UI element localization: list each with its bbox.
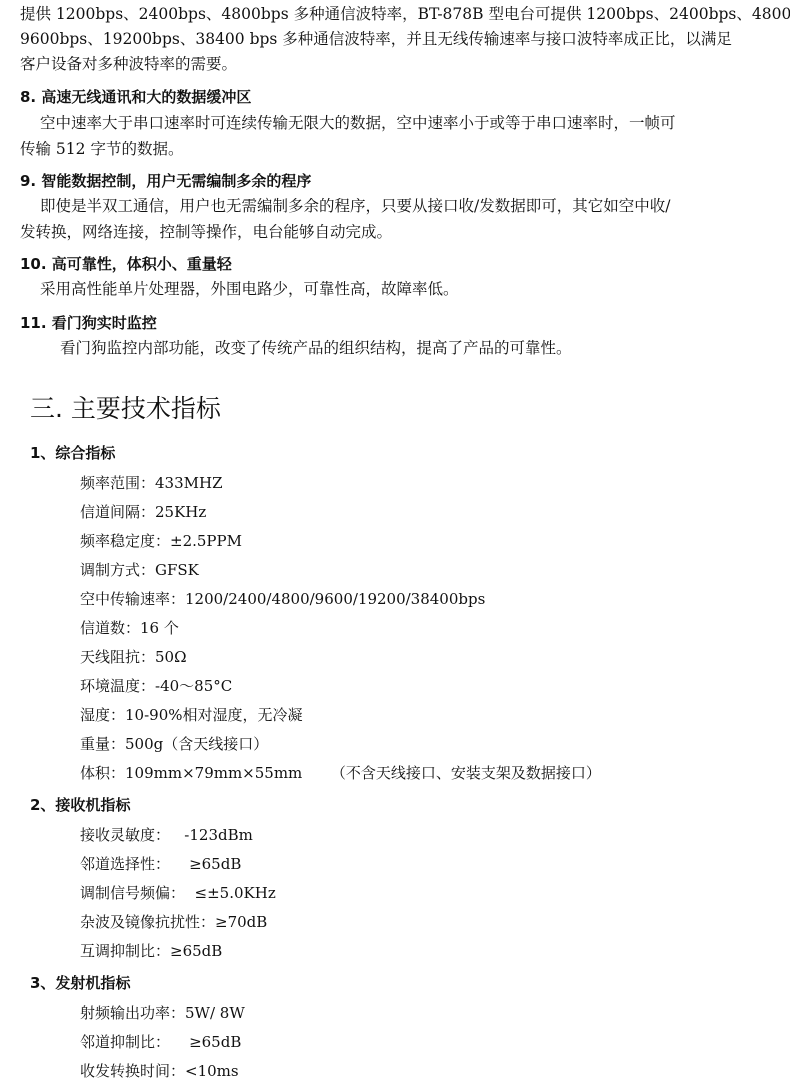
intro-line: 9600bps、19200bps、38400 bps 多种通信波特率，并且无线传…	[20, 29, 732, 49]
feature-title: 11. 看门狗实时监控	[20, 313, 157, 333]
spec-item: 天线阻抗：50Ω	[80, 647, 187, 667]
section-title: 三. 主要技术指标	[30, 393, 221, 425]
spec-group-title: 2、接收机指标	[30, 795, 130, 815]
feature-title: 9. 智能数据控制，用户无需编制多余的程序	[20, 171, 311, 191]
intro-line: 提供 1200bps、2400bps、4800bps 多种通信波特率，BT-87…	[20, 4, 790, 24]
spec-item: 湿度：10-90%相对湿度，无冷凝	[80, 705, 303, 725]
feature-text: 空中速率大于串口速率时可连续传输无限大的数据，空中速率小于或等于串口速率时，一帧…	[40, 113, 676, 133]
spec-item: 接收灵敏度： -123dBm	[80, 825, 253, 845]
spec-group-title: 1、综合指标	[30, 443, 115, 463]
feature-title: 8. 高速无线通讯和大的数据缓冲区	[20, 87, 251, 107]
spec-item: 邻道抑制比： ≥65dB	[80, 1032, 241, 1052]
spec-item: 频率稳定度：±2.5PPM	[80, 531, 242, 551]
feature-title: 10. 高可靠性，体积小、重量轻	[20, 254, 232, 274]
feature-text: 即使是半双工通信，用户也无需编制多余的程序，只要从接口收/发数据即可，其它如空中…	[40, 196, 670, 216]
feature-text: 发转换，网络连接，控制等操作，电台能够自动完成。	[20, 222, 392, 242]
spec-item: 邻道选择性： ≥65dB	[80, 854, 241, 874]
spec-item: 调制方式：GFSK	[80, 560, 199, 580]
spec-item: 信道数：16 个	[80, 618, 179, 638]
feature-text: 采用高性能单片处理器，外围电路少，可靠性高，故障率低。	[40, 279, 459, 299]
spec-item: 空中传输速率：1200/2400/4800/9600/19200/38400bp…	[80, 589, 485, 609]
spec-item: 射频输出功率：5W/ 8W	[80, 1003, 245, 1023]
spec-item: 环境温度：-40～85°C	[80, 676, 232, 696]
spec-group-title: 3、发射机指标	[30, 973, 130, 993]
spec-item: 重量：500g（含天线接口）	[80, 734, 268, 754]
spec-item: 信道间隔：25KHz	[80, 502, 206, 522]
spec-item: 收发转换时间：<10ms	[80, 1061, 239, 1081]
intro-line: 客户设备对多种波特率的需要。	[20, 54, 237, 74]
feature-text: 传输 512 字节的数据。	[20, 139, 183, 159]
feature-text: 看门狗监控内部功能，改变了传统产品的组织结构，提高了产品的可靠性。	[60, 338, 572, 358]
spec-item: 调制信号频偏： ≤±5.0KHz	[80, 883, 276, 903]
spec-item: 体积：109mm×79mm×55mm （不含天线接口、安装支架及数据接口）	[80, 763, 601, 783]
spec-item: 频率范围：433MHZ	[80, 473, 223, 493]
spec-item: 互调抑制比：≥65dB	[80, 941, 222, 961]
spec-item: 杂波及镜像抗扰性：≥70dB	[80, 912, 267, 932]
